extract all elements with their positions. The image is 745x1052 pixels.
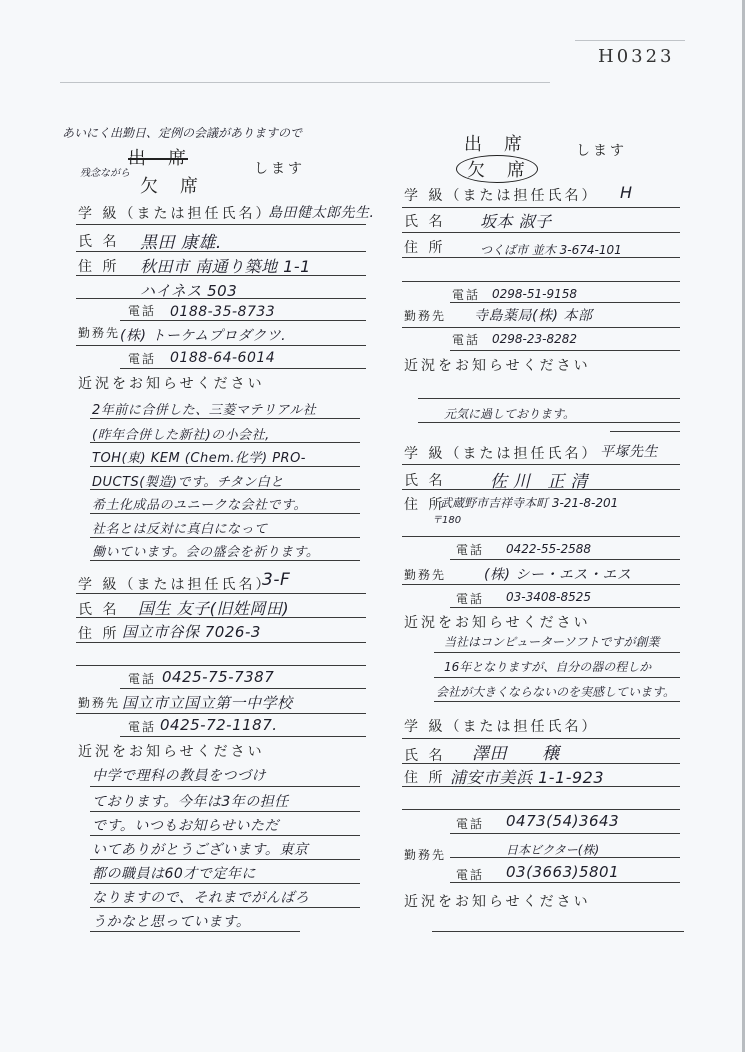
name-value: 黒田 康雄. (140, 228, 222, 253)
phone-value: 0473(54)3643 (506, 812, 619, 830)
address-line-1: 武蔵野市吉祥寺本町 3-21-8-201 (440, 494, 618, 511)
rule (450, 882, 680, 883)
phone-label: 電話 (128, 302, 156, 319)
rule (402, 464, 680, 465)
employer-label: 勤務先 (78, 694, 120, 711)
rule (418, 398, 680, 399)
class-label: 学 級（または担任氏名） (78, 203, 272, 223)
rule (402, 809, 680, 810)
rule (90, 786, 360, 787)
employer-label: 勤務先 (404, 566, 446, 583)
class-label: 学 級（または担任氏名） (404, 185, 598, 205)
class-value: 平塚先生 (600, 441, 658, 461)
rule (402, 489, 680, 490)
name-label: 氏 名 (78, 599, 119, 619)
phone-value: 0298-51-9158 (492, 287, 577, 301)
rule (90, 560, 360, 561)
name-value: 国生 友子(旧姓岡田) (138, 596, 289, 619)
rule (418, 422, 680, 423)
rule (402, 786, 680, 787)
rule (76, 617, 366, 618)
news-line: TOH(東) KEM (Chem.化学) PRO- (92, 447, 306, 466)
employer-phone-label: 電話 (452, 331, 480, 348)
name-label: 氏 名 (404, 211, 445, 231)
phone-label: 電話 (128, 670, 156, 687)
rule (450, 857, 680, 858)
rule (432, 931, 684, 932)
rule (90, 883, 360, 884)
employer-value: 寺島薬局(株) 本部 (474, 305, 592, 325)
rule (434, 677, 680, 678)
rule (90, 835, 360, 836)
class-value: 島田健太郎先生. (268, 202, 374, 222)
name-label: 氏 名 (404, 745, 445, 765)
address-label: 住 所 (78, 623, 119, 643)
news-line: なりますので、それまでがんばろ (92, 887, 309, 907)
rule (450, 833, 680, 834)
news-label: 近況をお知らせください (78, 373, 265, 393)
employer-phone-label: 電話 (456, 866, 484, 883)
rule (120, 368, 366, 369)
rule (90, 931, 300, 932)
employer-phone-value: 0425-72-1187. (160, 716, 278, 734)
rule (434, 652, 680, 653)
news-label: 近況をお知らせください (78, 741, 265, 761)
rule (90, 418, 360, 419)
news-label: 近況をお知らせください (404, 355, 591, 375)
employer-phone-label: 電話 (128, 718, 156, 735)
rule (402, 257, 680, 258)
phone-value: 0422-55-2588 (506, 542, 591, 556)
address-label: 住 所 (404, 767, 445, 787)
document-id: H0323 (598, 46, 675, 67)
rule (402, 584, 680, 585)
suffix-left: します (254, 158, 305, 178)
attend-label-crossed: 出 席 (128, 144, 188, 170)
news-line: 働いています。会の盛会を祈ります。 (92, 541, 319, 560)
news-line: 2年前に合併した、三菱マテリアル社 (92, 399, 316, 418)
employer-phone-label: 電話 (128, 350, 156, 367)
rule (76, 642, 366, 643)
rule (90, 466, 360, 467)
address-label: 住 所 (404, 237, 445, 257)
rule (90, 442, 360, 443)
rule (402, 763, 680, 764)
address-label: 住 所 (78, 256, 119, 276)
rule (90, 513, 360, 514)
rule (90, 537, 360, 538)
class-label: 学 級（または担任氏名） (78, 574, 272, 594)
news-label: 近況をお知らせください (404, 612, 591, 632)
rule (76, 275, 366, 276)
rule (610, 431, 680, 432)
phone-value: 0425-75-7387 (162, 668, 274, 686)
rule (76, 251, 366, 252)
name-label: 氏 名 (78, 231, 119, 251)
news-line: 会社が大きくならないのを実感しています。 (436, 683, 675, 700)
rule (76, 593, 366, 594)
employer-label: 勤務先 (78, 324, 120, 341)
address-line-1: 浦安市美浜 1-1-923 (450, 765, 604, 788)
employer-phone-value: 03-3408-8525 (506, 590, 591, 604)
id-rule (575, 40, 685, 41)
name-value: 坂本 淑子 (480, 209, 552, 232)
employer-label: 勤務先 (404, 846, 446, 863)
news-line: 都の職員は60才で定年に (92, 863, 256, 883)
employer-value: (株) シー・エス・エス (484, 564, 631, 584)
employer-value: (株) トーケムプロダクツ. (120, 325, 286, 345)
absent-label-left: 欠 席 (140, 172, 200, 198)
rule (402, 281, 680, 282)
rule (120, 688, 366, 689)
rule (90, 907, 360, 908)
phone-label: 電話 (452, 286, 480, 303)
rule (402, 536, 680, 537)
address-line-2: 〒180 (432, 511, 461, 526)
note-top: あいにく出勤日、定例の会議がありますので (62, 124, 302, 141)
rule (76, 224, 366, 225)
address-line-1: 秋田市 南通り築地 1-1 (140, 254, 311, 277)
phone-label: 電話 (456, 541, 484, 558)
rule (90, 811, 360, 812)
employer-phone-label: 電話 (456, 590, 484, 607)
address-line-1: つくば市 並木 3-674-101 (480, 241, 622, 258)
rule (76, 713, 366, 714)
attend-label-right: 出 席 (464, 130, 524, 156)
news-line: 中学で理科の教員をつづけ (92, 765, 266, 785)
news-line: 希土化成品のユニークな会社です。 (92, 494, 307, 513)
employer-phone-value: 0188-64-6014 (170, 350, 275, 366)
rule (434, 701, 680, 702)
news-line: 当社はコンピューターソフトですが創業 (444, 633, 660, 650)
rule (90, 489, 360, 490)
employer-phone-value: 0298-23-8282 (492, 332, 577, 346)
news-line: いてありがとうございます。東京 (92, 839, 308, 859)
employer-label: 勤務先 (404, 307, 446, 324)
employer-value: 国立市立国立第一中学校 (122, 692, 293, 713)
class-label: 学 級（または担任氏名） (404, 443, 598, 463)
news-line: うかなと思っています。 (92, 911, 250, 931)
news-line: DUCTS(製造)です。チタン白と (92, 471, 284, 490)
absent-label-right-circled: 欠 席 (456, 155, 538, 183)
employer-phone-value: 03(3663)5801 (506, 863, 619, 881)
rule (450, 350, 680, 351)
address-line-1: 国立市谷保 7026-3 (122, 621, 261, 642)
rule (76, 298, 366, 299)
rule (120, 320, 366, 321)
news-line: ております。今年は3年の担任 (92, 791, 289, 811)
rule (120, 736, 366, 737)
name-value: 澤田 穣 (472, 739, 560, 764)
class-value: H (620, 183, 633, 202)
news-line: (昨年合併した新社)の小会社, (92, 424, 270, 443)
note-side: 残念ながら (80, 164, 130, 179)
news-line: 元気に過しております。 (444, 405, 575, 422)
class-label: 学 級（または担任氏名） (404, 716, 598, 736)
news-line: 社名とは反対に真白になって (92, 518, 268, 537)
phone-label: 電話 (456, 815, 484, 832)
rule (76, 345, 366, 346)
top-rule (60, 82, 550, 83)
news-line: です。いつもお知らせいただ (92, 815, 279, 835)
class-value: 3-F (262, 570, 290, 590)
suffix-right: します (576, 140, 627, 160)
rule (90, 859, 360, 860)
rule (450, 607, 680, 608)
rule (76, 665, 366, 666)
rule (450, 559, 680, 560)
news-label: 近況をお知らせください (404, 891, 591, 911)
name-label: 氏 名 (404, 470, 445, 490)
employer-value: 日本ビクター(株) (506, 841, 599, 858)
rule (450, 302, 680, 303)
rule (402, 327, 680, 328)
phone-value: 0188-35-8733 (170, 304, 275, 320)
news-line: 16年となりますが、自分の器の程しか (444, 658, 651, 675)
rule (402, 232, 680, 233)
rule (402, 207, 680, 208)
